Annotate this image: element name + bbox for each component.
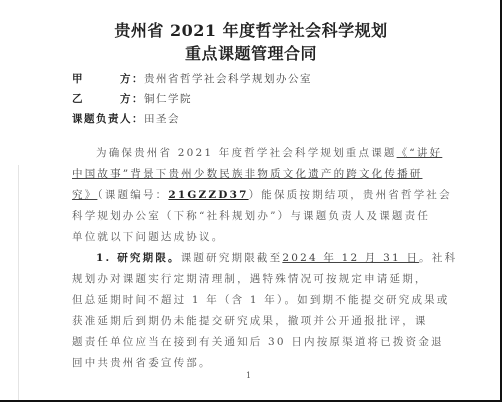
intro-text: （课题编号：	[97, 189, 168, 201]
project-code: 21GZZD37	[168, 189, 248, 201]
section1-line-2: 规划办对课题实行定期清理制，遇特殊情况可按规定申请延期，	[72, 271, 428, 286]
section1-line-5: 题责任单位应当在接到有关通知后 30 日内按原渠道将已拨资金退	[72, 334, 428, 349]
section-text: 。社科	[419, 252, 457, 264]
section1-line-4: 获准延期后到期仍未能提交研究成果，撤项并公开通报批评，课	[72, 313, 428, 328]
intro-line-1: 为确保贵州省 2021 年度哲学社会科学规划重点课题《“讲好	[96, 145, 428, 160]
party-b-label: 乙	[72, 91, 120, 106]
party-b-suffix: 方：	[120, 91, 144, 106]
intro-line-2: 中国故事”背景下贵州少数民族非物质文化遗产的跨文化传播研	[72, 166, 428, 181]
project-title-part: 《“讲好	[397, 147, 443, 159]
section1-line-6: 回中共贵州省委宣传部。	[72, 355, 428, 370]
page-number: 1	[246, 371, 251, 380]
party-a: 甲方：贵州省哲学社会科学规划办公室	[72, 71, 312, 86]
page-fold-line	[18, 165, 19, 400]
deadline-date: 2024 年 12 月 31 日	[282, 252, 419, 264]
project-leader-label: 课题负责人：	[72, 111, 144, 126]
party-a-value: 贵州省哲学社会科学规划办公室	[144, 73, 312, 85]
document-page: 贵州省 2021 年度哲学社会科学规划 重点课题管理合同 甲方：贵州省哲学社会科…	[0, 0, 502, 402]
project-title-part: 究》	[72, 189, 97, 201]
section1-line-1: 1. 研究期限。课题研究期限截至2024 年 12 月 31 日。社科	[96, 250, 428, 265]
intro-line-5: 单位就以下问题达成协议。	[72, 229, 428, 244]
party-b: 乙方：铜仁学院	[72, 91, 192, 106]
section1-heading: 1. 研究期限。	[96, 252, 181, 264]
project-leader: 课题负责人：田圣会	[72, 111, 180, 126]
document-title-line2: 重点课题管理合同	[0, 41, 502, 64]
section-text: 课题研究期限截至	[181, 252, 283, 264]
intro-line-4: 科学规划办公室（下称“社科规划办”）与课题负责人及课题责任	[72, 208, 428, 223]
document-title-line1: 贵州省 2021 年度哲学社会科学规划	[0, 18, 502, 41]
intro-text: 为确保贵州省 2021 年度哲学社会科学规划重点课题	[96, 147, 397, 159]
intro-line-3: 究》（课题编号：21GZZD37）能保质按期结项，贵州省哲学社会	[72, 187, 428, 202]
section1-line-3: 但总延期时间不超过 1 年（含 1 年）。如到期不能提交研究成果或	[72, 292, 428, 307]
party-a-label: 甲	[72, 71, 120, 86]
project-title-part: 中国故事”背景下贵州少数民族非物质文化遗产的跨文化传播研	[72, 168, 422, 180]
project-leader-value: 田圣会	[144, 113, 180, 125]
party-a-suffix: 方：	[120, 71, 144, 86]
party-b-value: 铜仁学院	[144, 93, 192, 105]
intro-text: ）能保质按期结项，贵州省哲学社会	[249, 189, 452, 201]
